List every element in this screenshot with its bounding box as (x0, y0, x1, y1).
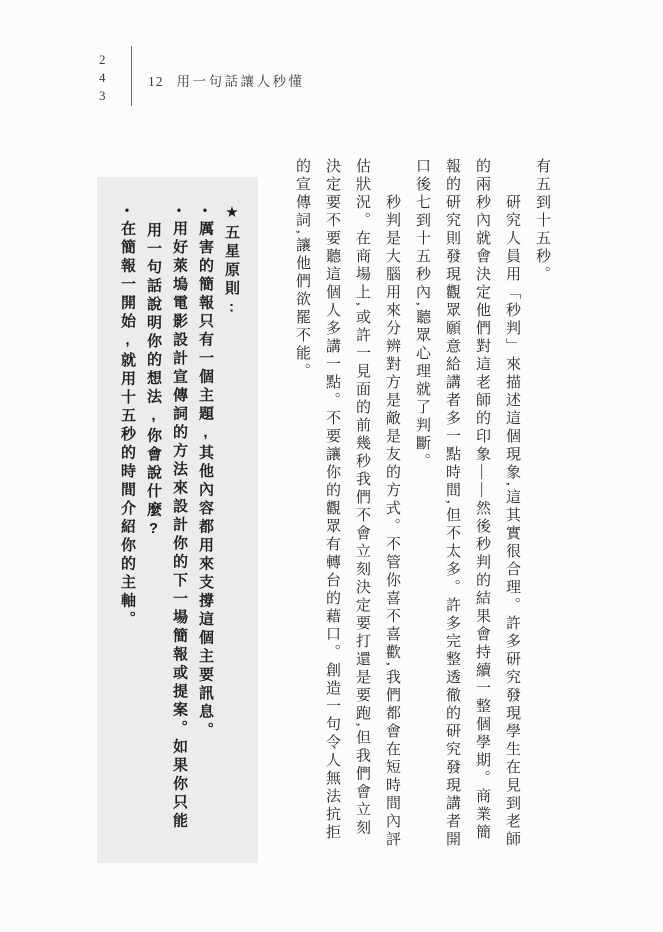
list-item: •用好萊塢電影設計宣傳詞的方法來設計你的下一場簡報或提案。如果你只能用一句話說明… (140, 203, 192, 843)
principles-box: ★五星原則: •厲害的簡報只有一個主題,其他內容都用來支撐這個主要訊息。 •用好… (97, 177, 258, 863)
chapter-number: 12 (148, 74, 164, 89)
list-item: •厲害的簡報只有一個主題,其他內容都用來支撐這個主要訊息。 (192, 203, 218, 843)
page-number-digit: 4 (99, 69, 106, 87)
principles-box-content: ★五星原則: •厲害的簡報只有一個主題,其他內容都用來支撐這個主要訊息。 •用好… (109, 203, 244, 843)
principles-box-title: ★五星原則: (218, 203, 244, 843)
page-number-digit: 2 (99, 51, 106, 69)
paragraph: 有五到十五秒。 (527, 158, 557, 853)
page-number-digit: 3 (99, 87, 106, 105)
paragraph: 研究人員用「秒判」來描述這個現象,這其實很合理。許多研究發現學生在見到老師的兩秒… (407, 158, 527, 853)
bullet-icon: • (172, 203, 186, 221)
list-item-text: 用好萊塢電影設計宣傳詞的方法來設計你的下一場簡報或提案。如果你只能用一句話說明你… (145, 221, 188, 832)
principles-list: •厲害的簡報只有一個主題,其他內容都用來支撐這個主要訊息。 •用好萊塢電影設計宣… (114, 203, 218, 843)
bullet-icon: • (198, 203, 212, 221)
page-number: 2 4 3 (99, 51, 106, 105)
list-item-text: 在簡報一開始,就用十五秒的時間介紹你的主軸。 (119, 221, 136, 630)
book-page: 2 4 3 12用一句話讓人秒懂 有五到十五秒。 研究人員用「秒判」來描述這個現… (0, 0, 663, 932)
header-divider-line (131, 46, 132, 106)
list-item-text: 厲害的簡報只有一個主題,其他內容都用來支撐這個主要訊息。 (197, 221, 214, 741)
body-text: 有五到十五秒。 研究人員用「秒判」來描述這個現象,這其實很合理。許多研究發現學生… (287, 158, 557, 853)
paragraph: 秒判是大腦用來分辨對方是敵是友的方式。不管你喜不喜歡,我們都會在短時間內評估狀況… (287, 158, 407, 853)
chapter-title: 用一句話讓人秒懂 (177, 74, 305, 89)
chapter-header: 12用一句話讓人秒懂 (148, 70, 305, 90)
list-item: •在簡報一開始,就用十五秒的時間介紹你的主軸。 (114, 203, 140, 843)
bullet-icon: • (120, 203, 134, 221)
